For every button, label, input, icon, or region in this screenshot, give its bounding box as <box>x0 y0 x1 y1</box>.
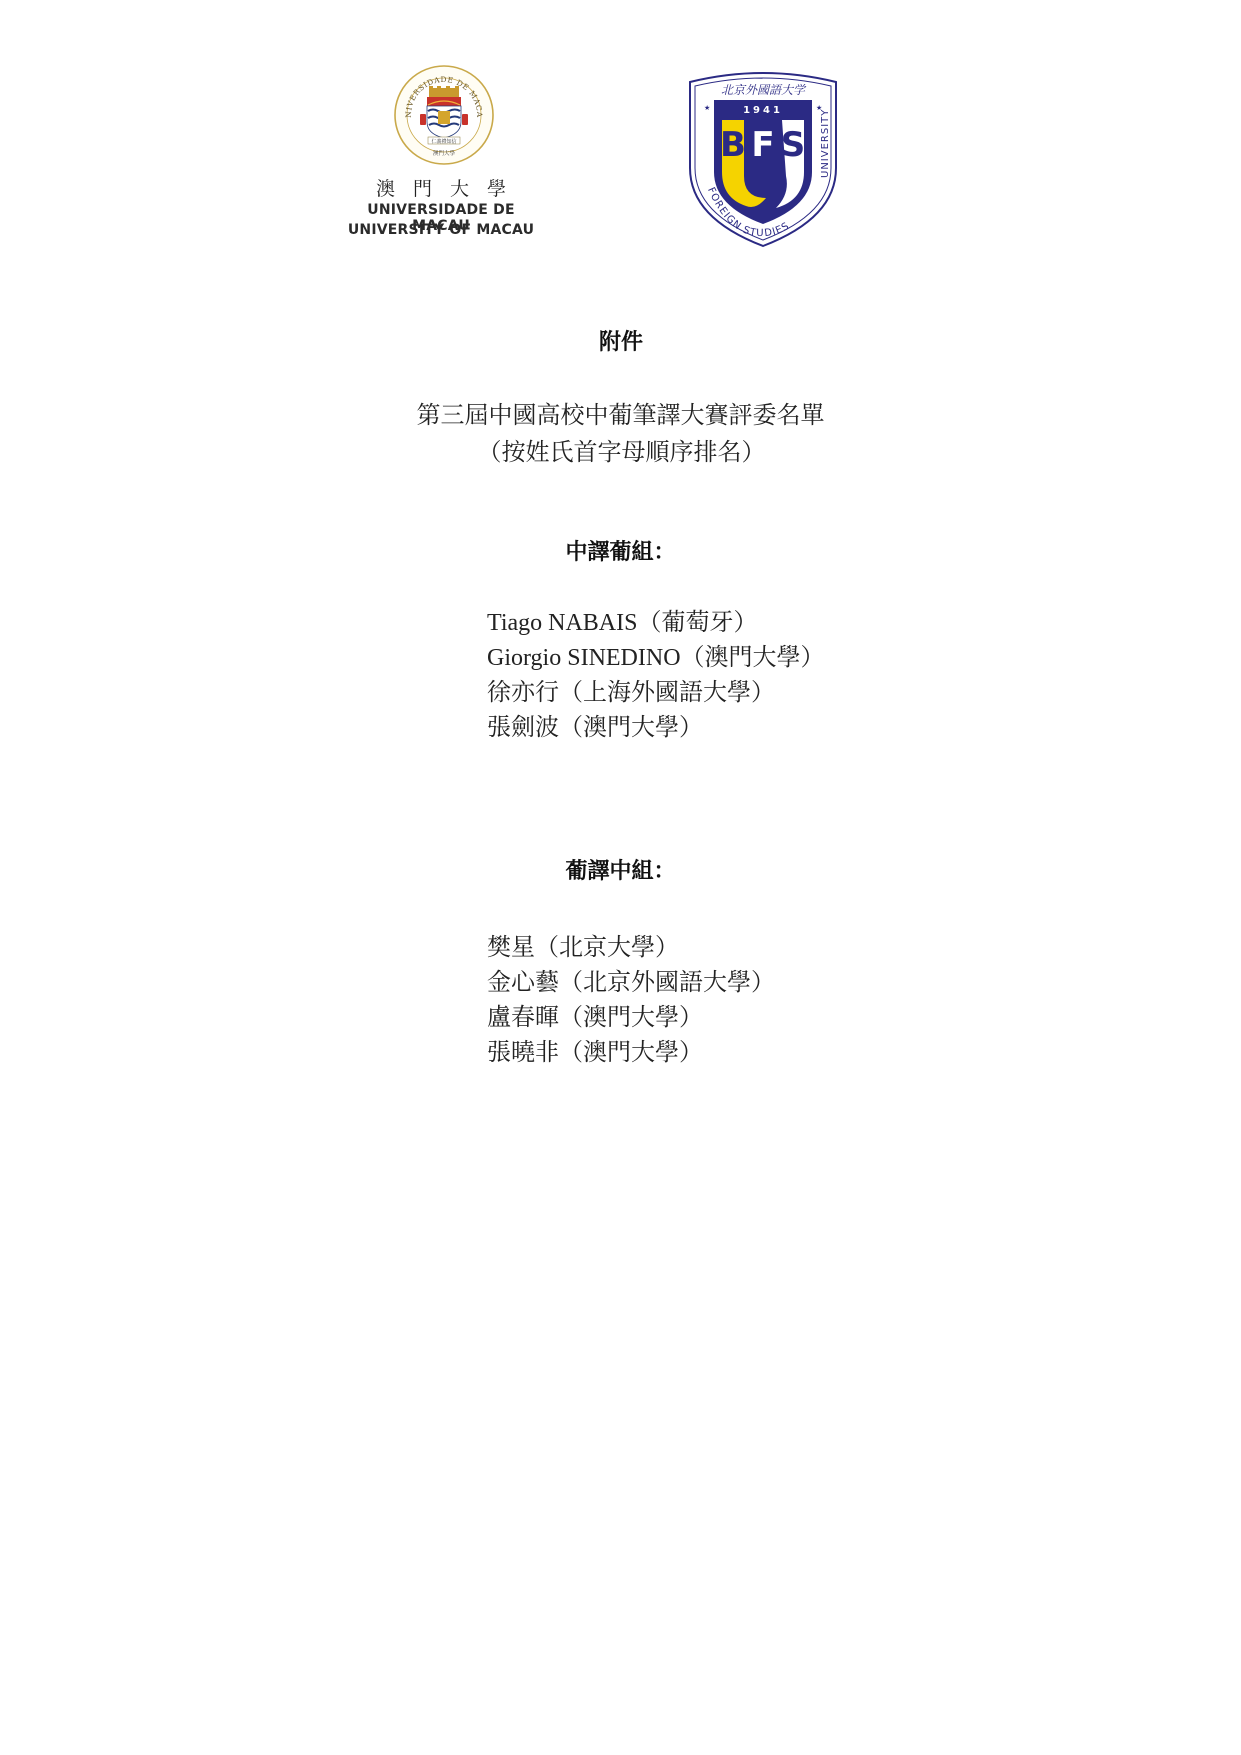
svg-text:北京外國語大学: 北京外國語大学 <box>721 83 807 97</box>
judge-item: Giorgio SINEDINO（澳門大學） <box>487 641 825 676</box>
group-heading-chinese-to-portuguese: 中譯葡組： <box>0 540 1241 566</box>
svg-text:F: F <box>751 125 774 165</box>
document-title: 第三屆中國高校中葡筆譯大賽評委名單 <box>0 398 1241 435</box>
judge-item: 樊星（北京大學） <box>487 931 775 966</box>
um-name-english: UNIVERSITY OF MACAU <box>336 222 546 238</box>
judge-item: Tiago NABAIS（葡萄牙） <box>487 606 825 641</box>
university-of-macau-logo: UNIVERSIDADE DE MACAU 仁義禮知信 澳門大學 澳門大學 UN… <box>336 62 546 244</box>
svg-text:澳門大學: 澳門大學 <box>433 149 456 157</box>
judge-item: 徐亦行（上海外國語大學） <box>487 676 825 711</box>
bfsu-shield-logo: 北京外國語大学 ★ ★ 1941 B F S BEIJING FOREIGN S… <box>686 68 840 248</box>
group-heading-portuguese-to-chinese: 葡譯中組： <box>0 859 1241 885</box>
attachment-label: 附件 <box>0 330 1241 356</box>
judge-item: 金心藝（北京外國語大學） <box>487 966 775 1001</box>
judge-item: 張曉非（澳門大學） <box>487 1036 775 1071</box>
svg-text:仁義禮知信: 仁義禮知信 <box>431 138 456 145</box>
judge-item: 盧春暉（澳門大學） <box>487 1001 775 1036</box>
svg-text:1941: 1941 <box>743 105 783 116</box>
document-title-block: 第三屆中國高校中葡筆譯大賽評委名單 （按姓氏首字母順序排名） <box>0 398 1241 472</box>
judges-list-portuguese-to-chinese: 樊星（北京大學） 金心藝（北京外國語大學） 盧春暉（澳門大學） 張曉非（澳門大學… <box>487 931 775 1071</box>
judge-item: 張劍波（澳門大學） <box>487 711 825 746</box>
um-name-chinese: 澳門大學 <box>336 178 546 200</box>
document-subtitle: （按姓氏首字母順序排名） <box>0 435 1241 472</box>
svg-text:UNIVERSITY: UNIVERSITY <box>820 109 831 178</box>
svg-text:S: S <box>781 125 806 165</box>
svg-text:B: B <box>720 125 746 165</box>
svg-text:★: ★ <box>704 104 710 112</box>
um-seal-icon: UNIVERSIDADE DE MACAU 仁義禮知信 澳門大學 <box>393 64 495 166</box>
judges-list-chinese-to-portuguese: Tiago NABAIS（葡萄牙） Giorgio SINEDINO（澳門大學）… <box>487 606 825 746</box>
